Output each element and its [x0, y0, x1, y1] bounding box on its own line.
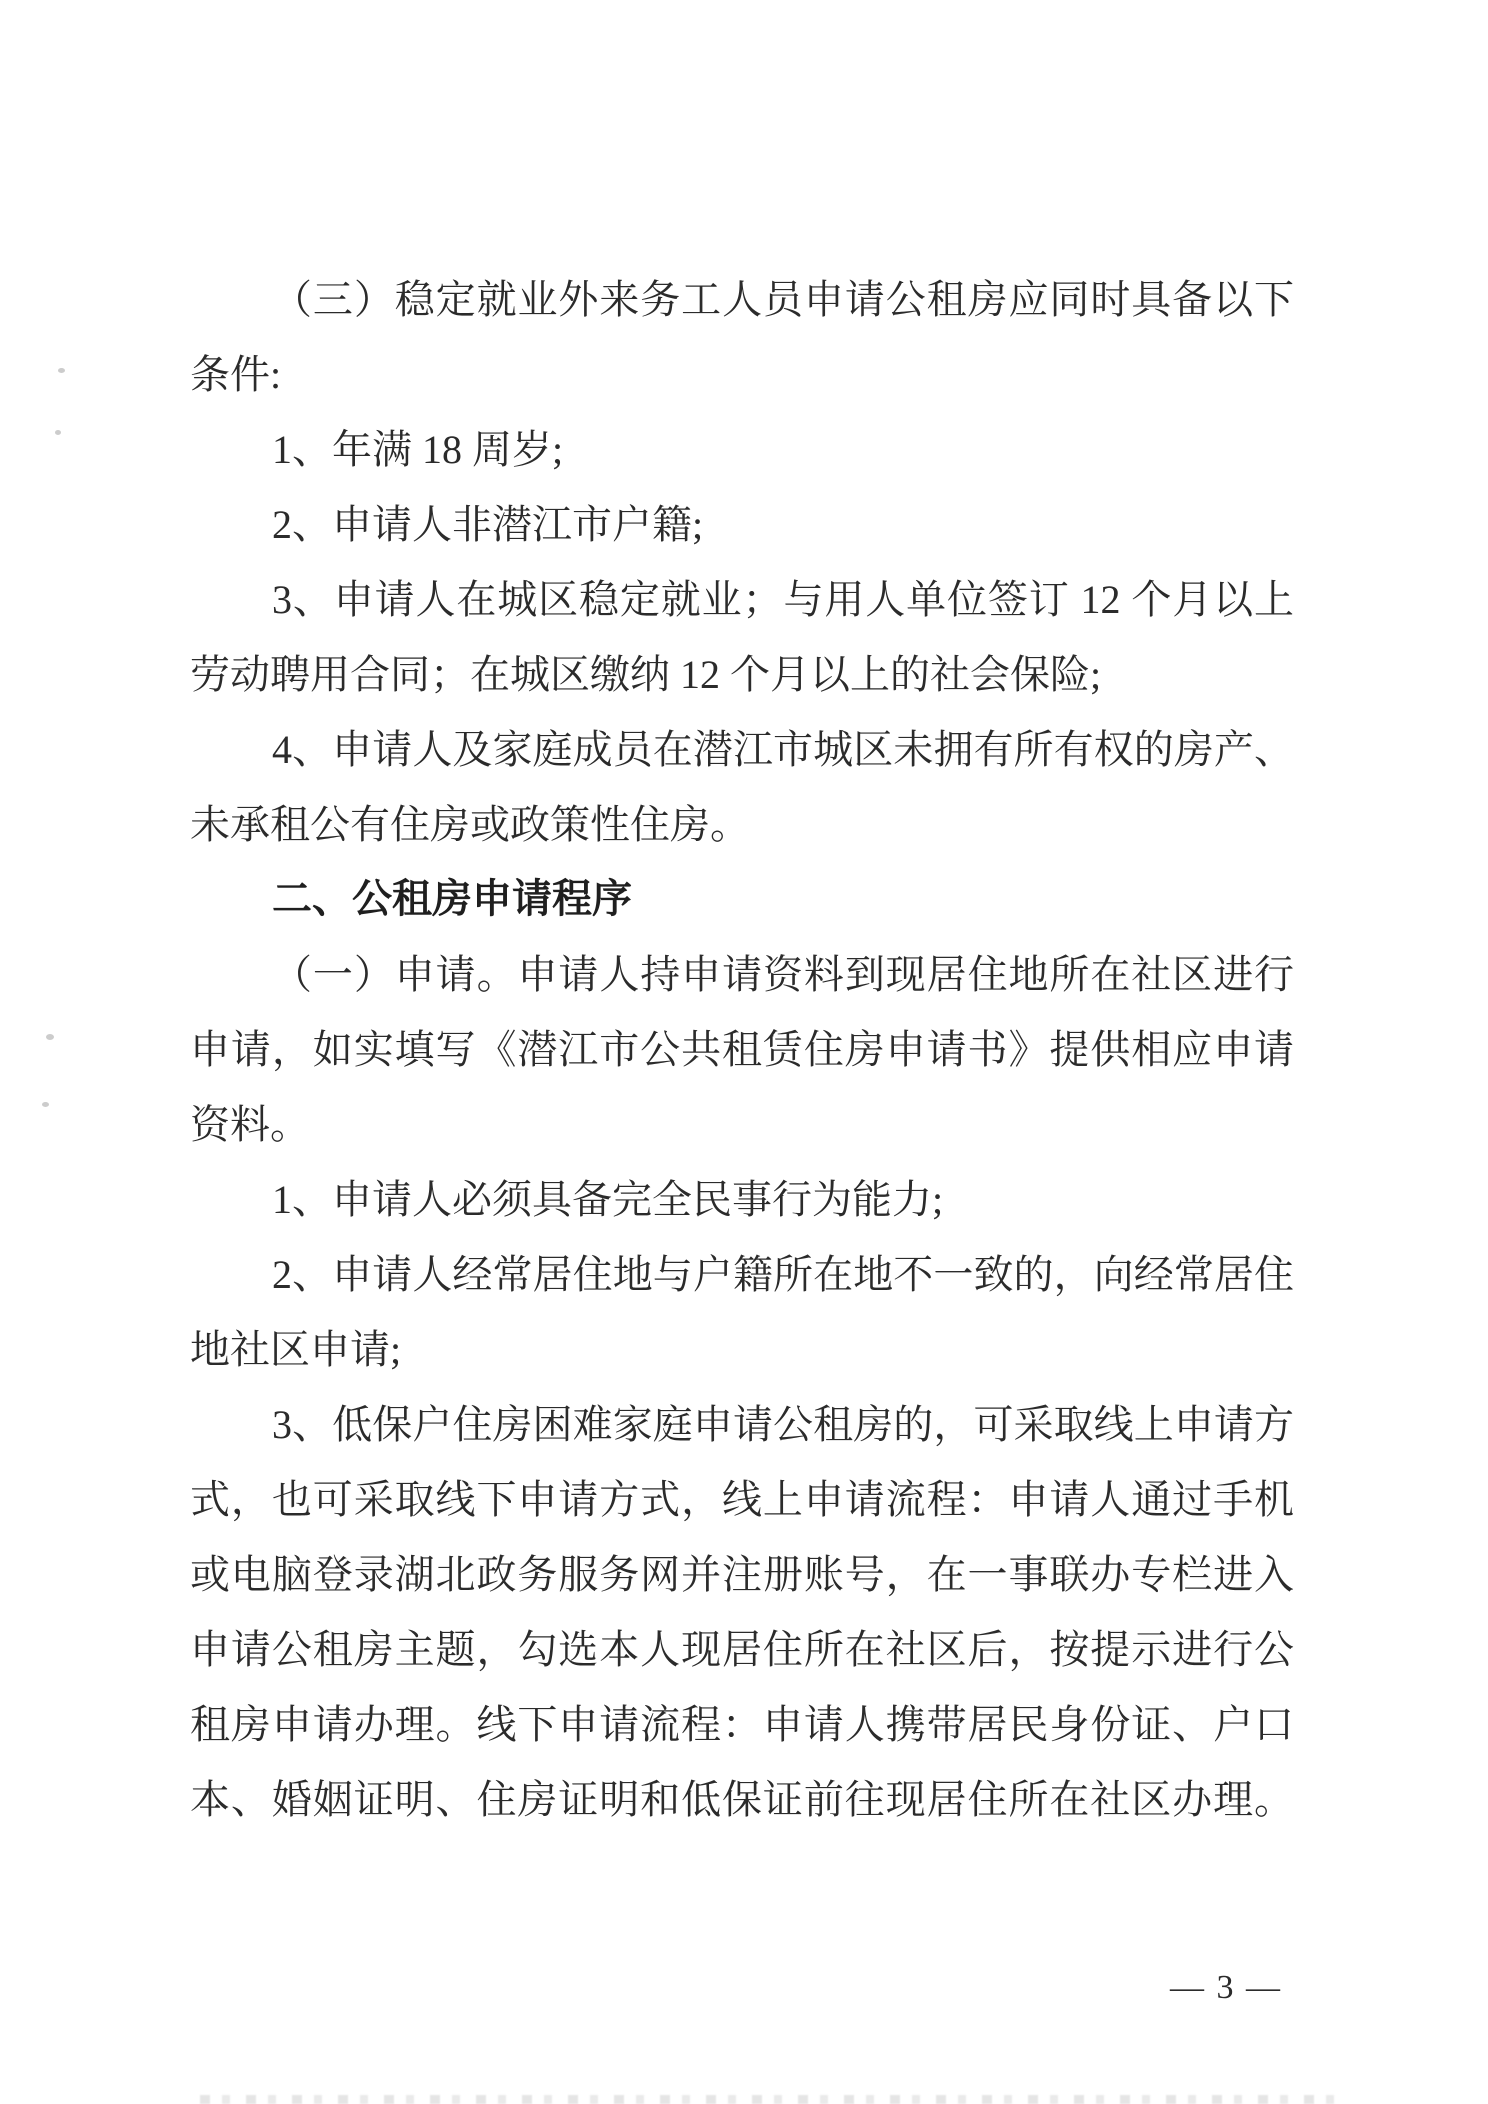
scan-speck: [46, 1034, 54, 1040]
text-line: 4、申请人及家庭成员在潜江市城区未拥有所有权的房产、: [190, 712, 1294, 787]
text-line: 未承租公有住房或政策性住房。: [190, 787, 1294, 862]
scan-speck: [55, 430, 61, 435]
text-line: 租房申请办理。线下申请流程：申请人携带居民身份证、户口: [190, 1687, 1294, 1762]
page-number: — 3 —: [1170, 1966, 1282, 2010]
text-line: 资料。: [190, 1087, 1294, 1162]
text-line: 申请公租房主题，勾选本人现居住所在社区后，按提示进行公: [190, 1612, 1294, 1687]
text-line: 或电脑登录湖北政务服务网并注册账号，在一事联办专栏进入: [190, 1537, 1294, 1612]
text-line: 1、申请人必须具备完全民事行为能力;: [190, 1162, 1294, 1237]
text-line: 本、婚姻证明、住房证明和低保证前往现居住所在社区办理。: [190, 1762, 1294, 1837]
text-line: 3、申请人在城区稳定就业；与用人单位签订 12 个月以上: [190, 562, 1294, 637]
text-line: 2、申请人非潜江市户籍;: [190, 487, 1294, 562]
text-line: （三）稳定就业外来务工人员申请公租房应同时具备以下: [190, 262, 1294, 337]
scan-speck: [58, 368, 65, 373]
text-line: 2、申请人经常居住地与户籍所在地不一致的，向经常居住: [190, 1237, 1294, 1312]
text-line: 式，也可采取线下申请方式，线上申请流程：申请人通过手机: [190, 1462, 1294, 1537]
document-body: （三）稳定就业外来务工人员申请公租房应同时具备以下 条件: 1、年满 18 周岁…: [190, 262, 1294, 1837]
text-line: 1、年满 18 周岁;: [190, 412, 1294, 487]
scan-speck: [42, 1102, 49, 1107]
document-page: （三）稳定就业外来务工人员申请公租房应同时具备以下 条件: 1、年满 18 周岁…: [0, 0, 1488, 2104]
text-line: 条件:: [190, 337, 1294, 412]
text-line: 劳动聘用合同；在城区缴纳 12 个月以上的社会保险;: [190, 637, 1294, 712]
bottom-scan-artifact: [200, 2095, 1345, 2104]
text-line: 申请，如实填写《潜江市公共租赁住房申请书》提供相应申请: [190, 1012, 1294, 1087]
text-line: （一）申请。申请人持申请资料到现居住地所在社区进行: [190, 937, 1294, 1012]
text-line: 地社区申请;: [190, 1312, 1294, 1387]
section-heading: 二、公租房申请程序: [190, 862, 1294, 937]
text-line: 3、低保户住房困难家庭申请公租房的，可采取线上申请方: [190, 1387, 1294, 1462]
